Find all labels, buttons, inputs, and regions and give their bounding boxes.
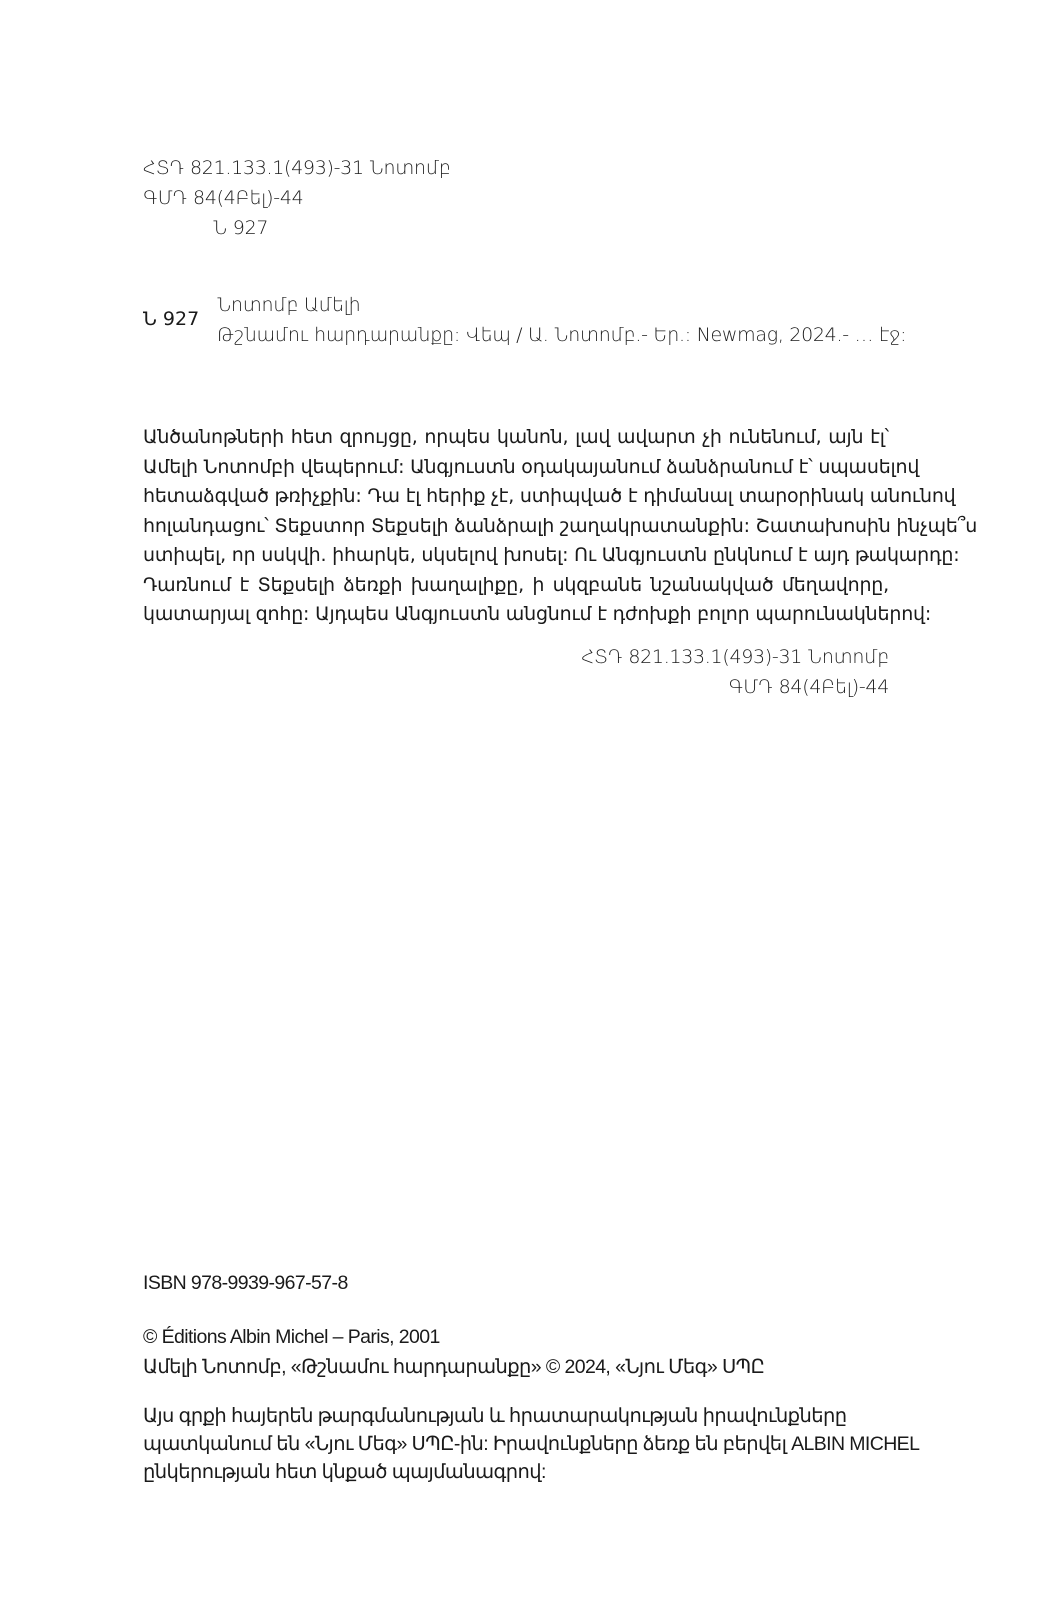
classification-codes-bottom: ՀՏԴ 821.133.1(493)-31 Նոտոմբ ԳՄԴ 84(4Բել… xyxy=(143,642,889,702)
catalog-body: Նոտոմբ Ամելի Թշնամու հարդարանքը: Վեպ / Ա… xyxy=(217,290,906,350)
annotation-line: կատարյալ զոհը: Այդպես Անգյուստն անցնում … xyxy=(143,600,889,630)
isbn-block: ISBN 978-9939-967-57-8 xyxy=(143,1268,348,1298)
bbk-code: ԳՄԴ 84(4Բել)-44 xyxy=(143,672,889,702)
rights-line: ընկերության հետ կնքած պայմանագրով: xyxy=(143,1458,919,1486)
annotation-line: Դառնում է Տեքսելի ձեռքի խաղալիքը, ի սկզբ… xyxy=(143,571,889,601)
rights-notice: Այս գրքի հայերեն թարգմանության և հրատարա… xyxy=(143,1402,919,1486)
rights-line: պատկանում են «Նյու Մեգ» ՍՊԸ-ին: Իրավունք… xyxy=(143,1430,919,1458)
catalog-author-mark: Ն 927 xyxy=(143,304,199,334)
catalog-description: Թշնամու հարդարանքը: Վեպ / Ա. Նոտոմբ.- Եր… xyxy=(217,320,906,350)
copyright-block: © Éditions Albin Michel – Paris, 2001 Ամ… xyxy=(143,1322,764,1382)
author-mark: Ն 927 xyxy=(143,213,451,243)
annotation-paragraph: Անծանոթների հետ զրույցը, որպես կանոն, լա… xyxy=(143,423,889,630)
rights-line: Այս գրքի հայերեն թարգմանության և հրատարա… xyxy=(143,1402,919,1430)
annotation-line: հետաձգված թռիչքին: Դա էլ հերիք չէ, ստիպվ… xyxy=(143,482,889,512)
classification-codes-top: ՀՏԴ 821.133.1(493)-31 Նոտոմբ ԳՄԴ 84(4Բել… xyxy=(143,153,451,243)
copyright-original: © Éditions Albin Michel – Paris, 2001 xyxy=(143,1322,764,1352)
annotation-line: Ամելի Նոտոմբի վեպերում: Անգյուստն օդակայ… xyxy=(143,453,889,483)
annotation-line: Անծանոթների հետ զրույցը, որպես կանոն, լա… xyxy=(143,423,889,453)
udc-code: ՀՏԴ 821.133.1(493)-31 Նոտոմբ xyxy=(143,642,889,672)
isbn-number: ISBN 978-9939-967-57-8 xyxy=(143,1268,348,1298)
annotation-line: հոլանդացու՝ Տեքստոր Տեքսելի ձանձրալի շաղ… xyxy=(143,512,889,542)
bbk-code: ԳՄԴ 84(4Բել)-44 xyxy=(143,183,451,213)
catalog-author: Նոտոմբ Ամելի xyxy=(217,290,906,320)
copyright-translation: Ամելի Նոտոմբ, «Թշնամու հարդարանքը» © 202… xyxy=(143,1352,764,1382)
udc-code: ՀՏԴ 821.133.1(493)-31 Նոտոմբ xyxy=(143,153,451,183)
annotation-line: ստիպել, որ սսկվի. իհարկե, սկսելով խոսել:… xyxy=(143,541,889,571)
book-imprint-page: ՀՏԴ 821.133.1(493)-31 Նոտոմբ ԳՄԴ 84(4Բել… xyxy=(0,0,1063,1614)
